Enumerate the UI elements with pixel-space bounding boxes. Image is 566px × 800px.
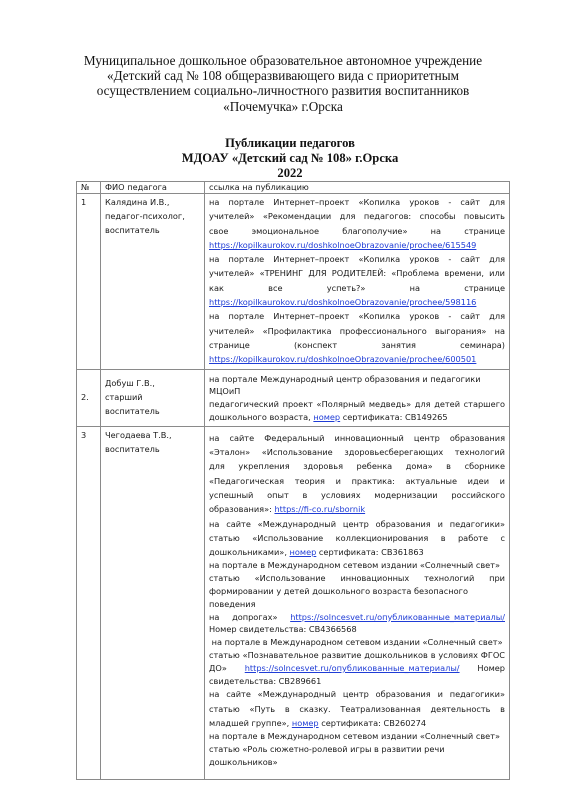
- publication-text: на портале Интернет–проект «Копилка урок…: [209, 252, 505, 266]
- publication-text: на сайте «Международный центр образовани…: [209, 687, 505, 701]
- publication-text: на портале в Международном сетевом издан…: [209, 636, 505, 649]
- publication-text: педагогический проект «Полярный медведь»…: [209, 398, 505, 411]
- publication-text: учителей» «Рекомендации для педагогов: с…: [209, 209, 505, 223]
- table-row: 2. Добуш Г.В., старший воспитатель на по…: [77, 369, 510, 426]
- row-number: 2.: [77, 369, 101, 426]
- publication-text: статью «Использование инновационных техн…: [209, 572, 505, 585]
- document-page: Муниципальное дошкольное образовательное…: [0, 0, 566, 800]
- publication-link[interactable]: https://solncesvet.ru/опубликованные_мат…: [290, 612, 505, 622]
- publication-text: статью «Познавательное развитие дошкольн…: [209, 649, 505, 662]
- row-number: 3: [77, 426, 101, 779]
- column-header-link: ссылка на публикацию: [205, 182, 510, 194]
- publication-text: на портале Интернет–проект «Копилка урок…: [209, 195, 505, 209]
- teacher-role: педагог-психолог,: [105, 209, 200, 223]
- heading-line: Муниципальное дошкольное образовательное…: [60, 53, 506, 68]
- teacher-role: воспитатель: [105, 442, 200, 456]
- teacher-role: старший: [105, 390, 200, 404]
- teacher-cell: Добуш Г.В., старший воспитатель: [101, 369, 205, 426]
- publication-text: дошкольниками»,: [209, 547, 290, 557]
- publication-text: учителей» «Профилактика профессиональног…: [209, 324, 505, 338]
- publication-text: на портале Интернет–проект «Копилка урок…: [209, 309, 505, 323]
- publication-link[interactable]: https://kopilkaurokov.ru/doshkolnoeObraz…: [209, 240, 476, 250]
- certificate-link[interactable]: номер: [313, 412, 340, 422]
- teacher-role: воспитатель: [105, 223, 200, 237]
- column-header-teacher: ФИО педагога: [101, 182, 205, 194]
- teacher-name: Чегодаева Т.В.,: [105, 428, 200, 442]
- publication-text: статью «Использование коллекционирования…: [209, 531, 505, 545]
- certificate-number: сертификата: СВ361863: [316, 547, 423, 557]
- publication-text: «Эталон» «Использование здоровьесберегаю…: [209, 445, 505, 459]
- publications-table: № ФИО педагога ссылка на публикацию 1 Ка…: [76, 181, 510, 780]
- publication-text: как все успеть?» на странице: [209, 281, 505, 295]
- table-header-row: № ФИО педагога ссылка на публикацию: [77, 182, 510, 194]
- title-line: Публикации педагогов: [100, 136, 480, 151]
- document-title: Публикации педагогов МДОАУ «Детский сад …: [100, 136, 480, 181]
- institution-heading: Муниципальное дошкольное образовательное…: [60, 53, 506, 114]
- publication-text: статью «Путь в сказку. Театрализованная …: [209, 702, 505, 716]
- teacher-name: Добуш Г.В.,: [105, 376, 200, 390]
- table-row: 3 Чегодаева Т.В., воспитатель на сайте Ф…: [77, 426, 510, 779]
- certificate-number: сертификата: СВ260274: [319, 718, 426, 728]
- publication-link[interactable]: https://fi-co.ru/sbornik: [274, 504, 365, 514]
- certificate-link[interactable]: номер: [292, 718, 319, 728]
- publication-text: на портале Международный центр образован…: [209, 373, 505, 399]
- heading-line: «Почемучка» г.Орска: [60, 99, 506, 114]
- title-year: 2022: [100, 166, 480, 181]
- publication-text: статью «Роль сюжетно-ролевой игры в разв…: [209, 743, 505, 777]
- publication-text: дошкольного возраста,: [209, 412, 313, 422]
- publication-cell: на портале Интернет–проект «Копилка урок…: [205, 194, 510, 370]
- publication-link[interactable]: https://kopilkaurokov.ru/doshkolnoeObraz…: [209, 354, 476, 364]
- publication-text: на допрогах»: [209, 612, 290, 622]
- teacher-cell: Калядина И.В., педагог-психолог, воспита…: [101, 194, 205, 370]
- publication-text: образования»:: [209, 504, 274, 514]
- column-header-number: №: [77, 182, 101, 194]
- certificate-number: Номер свидетельства: СВ4366568: [209, 623, 505, 636]
- certificate-link[interactable]: номер: [290, 547, 317, 557]
- row-number: 1: [77, 194, 101, 370]
- certificate-number: сертификата: СВ149265: [340, 412, 447, 422]
- heading-line: «Детский сад № 108 общеразвивающего вида…: [60, 68, 506, 83]
- publication-text: формировании у детей дошкольного возраст…: [209, 585, 505, 611]
- publication-cell: на сайте Федеральный инновационный центр…: [205, 426, 510, 779]
- publication-text: на портале в Международном сетевом издан…: [209, 559, 505, 572]
- publication-link[interactable]: https://kopilkaurokov.ru/doshkolnoeObraz…: [209, 297, 476, 307]
- teacher-name: Калядина И.В.,: [105, 195, 200, 209]
- publication-text: «Педагогическая теория и практика: актуа…: [209, 474, 505, 488]
- publication-link[interactable]: https://solncesvet.ru/опубликованные_мат…: [245, 663, 460, 673]
- publication-text: Номер: [460, 663, 505, 673]
- publication-text: ДО»: [209, 663, 245, 673]
- heading-line: осуществлением социально-личностного раз…: [60, 83, 506, 98]
- publication-text: свое эмоциональное благополучие» на стра…: [209, 224, 505, 238]
- publication-text: успешный опыт в условиях модернизации ро…: [209, 488, 505, 502]
- publication-cell: на портале Международный центр образован…: [205, 369, 510, 426]
- publication-text: младшей группе»,: [209, 718, 292, 728]
- publication-text: странице (конспект занятия семинара): [209, 338, 505, 352]
- publication-text: учителей» «ТРЕНИНГ ДЛЯ РОДИТЕЛЕЙ: «Пробл…: [209, 266, 505, 280]
- table-row: 1 Калядина И.В., педагог-психолог, воспи…: [77, 194, 510, 370]
- title-line: МДОАУ «Детский сад № 108» г.Орска: [100, 151, 480, 166]
- publication-text: на портале в Международном сетевом издан…: [209, 730, 505, 743]
- teacher-cell: Чегодаева Т.В., воспитатель: [101, 426, 205, 779]
- certificate-number: свидетельства: СВ289661: [209, 675, 505, 688]
- publication-text: для укрепления здоровья ребенка дома» в …: [209, 459, 505, 473]
- publication-text: на сайте «Международный центр образовани…: [209, 517, 505, 531]
- teacher-role: воспитатель: [105, 404, 200, 418]
- publication-text: на сайте Федеральный инновационный центр…: [209, 431, 505, 445]
